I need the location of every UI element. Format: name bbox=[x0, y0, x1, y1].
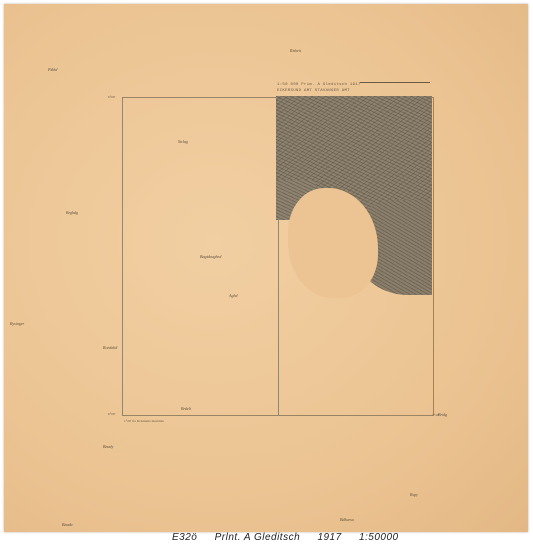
place-label: Bnuda bbox=[62, 522, 72, 527]
meridian-note: 1°20' fra Kristiania meridian bbox=[124, 419, 164, 423]
place-label: Sirlag bbox=[178, 139, 188, 144]
place-label: Pikhd bbox=[48, 67, 57, 72]
place-label: Risheit bbox=[290, 48, 301, 53]
corner-label-nw: 6°00' bbox=[108, 95, 115, 99]
place-label: Rysinger bbox=[10, 321, 24, 326]
place-label: Bnudy bbox=[103, 444, 113, 449]
survey-year: 1917 bbox=[317, 532, 341, 543]
place-label: Brghdg bbox=[66, 210, 78, 215]
place-label: Aghd bbox=[229, 293, 237, 298]
map-scale: 1:50000 bbox=[359, 532, 399, 543]
place-label: Rspy bbox=[410, 492, 418, 497]
corner-label-sw: 6°00' bbox=[108, 412, 115, 416]
sheet-id: E32ö bbox=[172, 532, 197, 543]
place-label: Bagidaughed bbox=[200, 254, 221, 259]
place-label: Bdhuesa bbox=[340, 517, 354, 522]
catalog-footer: E32ö Prlnt. A Gleditsch 1917 1:50000 bbox=[172, 532, 413, 543]
place-label: Bridg bbox=[438, 412, 447, 417]
surveyor: Prlnt. A Gleditsch bbox=[215, 532, 301, 543]
place-label: Brdelt bbox=[181, 406, 191, 411]
place-label: Roedahd bbox=[103, 345, 117, 350]
map-header-line2: ECKERSUND AMT STAVANGER AMT bbox=[277, 89, 350, 93]
map-header-line1: 1:50 000 Prim. A Gleditsch 1917 bbox=[277, 83, 361, 87]
scale-bar bbox=[360, 82, 430, 83]
